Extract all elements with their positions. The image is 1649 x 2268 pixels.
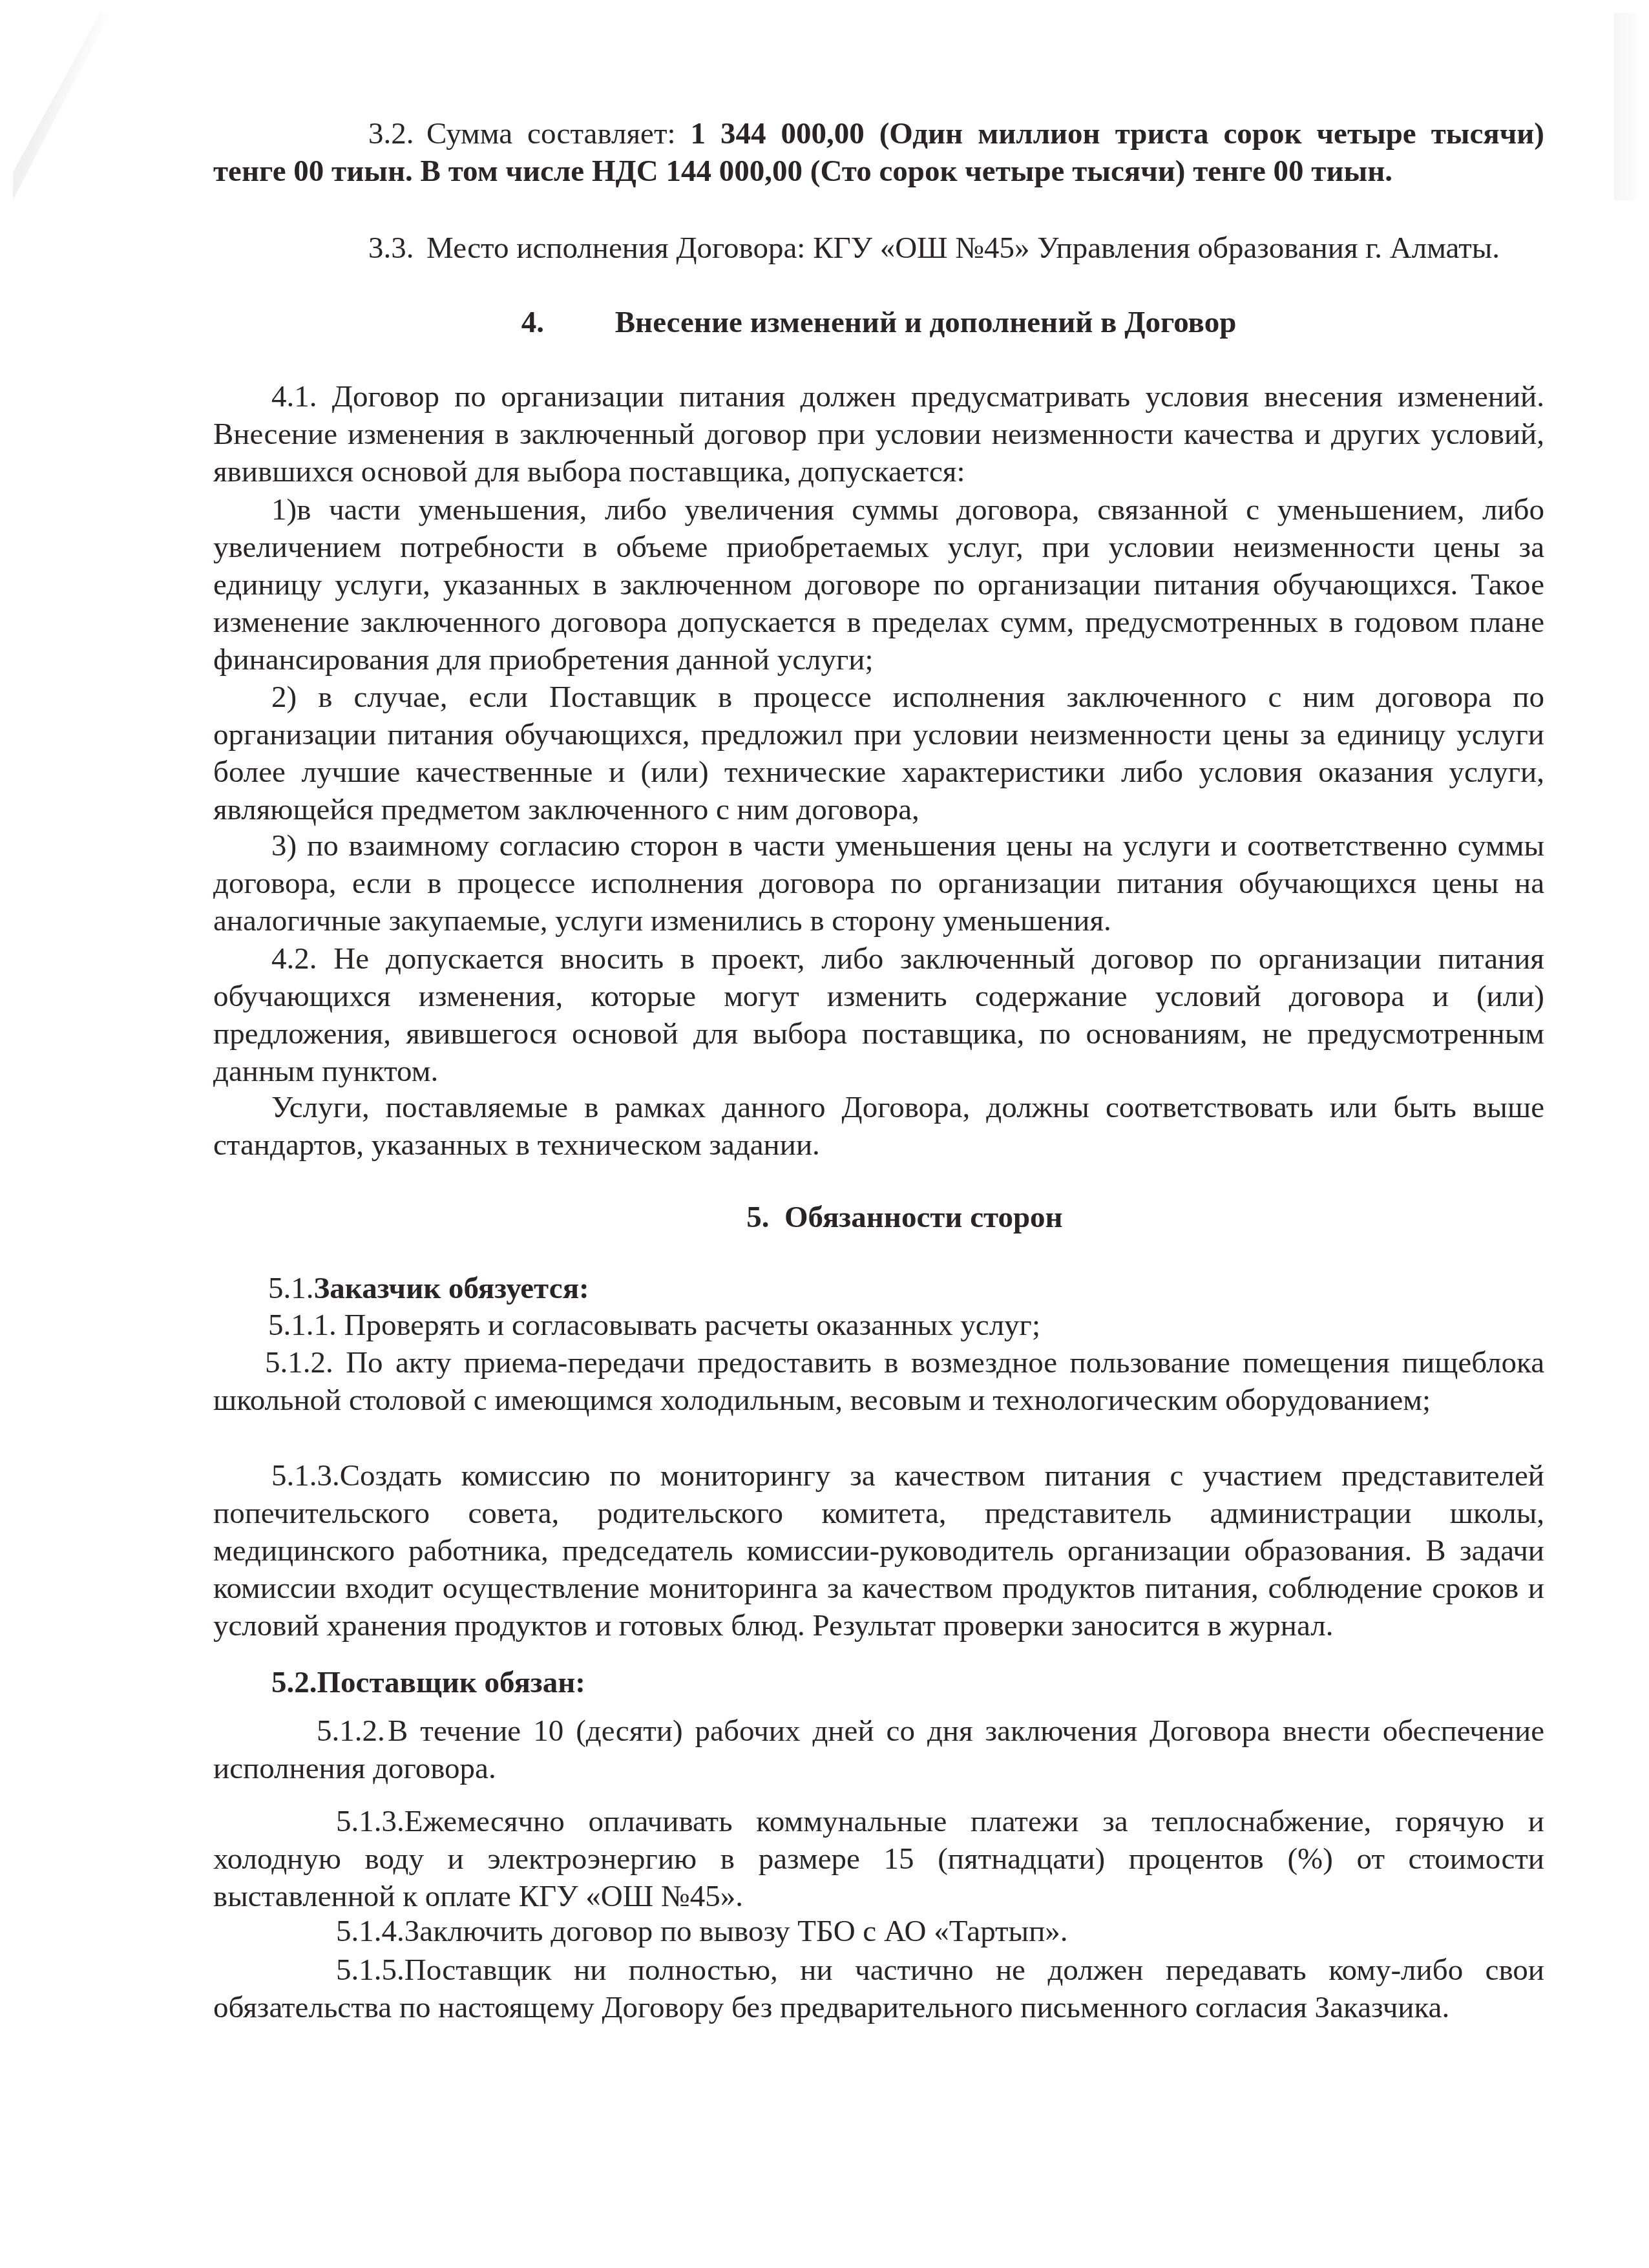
- clause-4-1-2: 2) в случае, если Поставщик в процессе и…: [213, 678, 1544, 828]
- services-standards: Услуги, поставляемые в рамках данного До…: [213, 1089, 1544, 1164]
- clause-number: 5.1.3.: [275, 1803, 404, 1840]
- section-4-heading: 4.Внесение изменений и дополнений в Дого…: [213, 304, 1544, 341]
- scan-fold-shadow-right: [1614, 13, 1636, 200]
- clause-text: Место исполнения Договора: КГУ «ОШ №45» …: [426, 231, 1500, 265]
- clause-number: 3.3.: [291, 229, 426, 267]
- clause-text: В течение 10 (десяти) рабочих дней со дн…: [213, 1714, 1544, 1785]
- clause-number: 5.1.5.: [275, 1951, 404, 1989]
- scan-fold-shadow-left: [13, 13, 110, 200]
- supplier-clause: 5.1.3.Ежемесячно оплачивать коммунальные…: [213, 1803, 1544, 1915]
- heading-number: 5.: [746, 1201, 769, 1234]
- clause-number: 5.1.: [268, 1272, 314, 1305]
- supplier-clause: 5.1.5.Поставщик ни полностью, ни частичн…: [213, 1951, 1544, 2026]
- clause-4-1: 4.1. Договор по организации питания долж…: [213, 378, 1544, 490]
- clause-number: 5.1.2.: [265, 1712, 388, 1750]
- supplier-clause: 5.1.2.В течение 10 (десяти) рабочих дней…: [213, 1712, 1544, 1787]
- customer-title: Заказчик обязуется:: [314, 1272, 589, 1305]
- clause-4-1-3: 3) по взаимному согласию сторон в части …: [213, 827, 1544, 940]
- clause-3-3: 3.3.Место исполнения Договора: КГУ «ОШ №…: [213, 229, 1544, 267]
- supplier-obligations-title: 5.2.Поставщик обязан:: [271, 1664, 1602, 1701]
- clause-5-1-1: 5.1.1. Проверять и согласовывать расчеты…: [213, 1307, 1544, 1344]
- clause-lead: Сумма составляет:: [426, 117, 691, 151]
- heading-number: 4.: [521, 304, 615, 341]
- heading-title: Обязанности сторон: [784, 1201, 1063, 1234]
- clause-number: 5.1.4.: [275, 1913, 404, 1950]
- customer-obligations-title: 5.1.Заказчик обязуется:: [268, 1270, 1599, 1307]
- clause-text: Ежемесячно оплачивать коммунальные плате…: [213, 1805, 1544, 1913]
- clause-4-2: 4.2. Не допускается вносить в проект, ли…: [213, 940, 1544, 1090]
- supplier-clause: 5.1.4.Заключить договор по вывозу ТБО с …: [213, 1913, 1544, 1950]
- heading-title: Внесение изменений и дополнений в Догово…: [615, 306, 1237, 339]
- section-5-heading: 5. Обязанности сторон: [239, 1199, 1570, 1236]
- clause-number: 3.2.: [291, 115, 426, 152]
- clause-5-1-2: 5.1.2. По акту приема-передачи предостав…: [213, 1344, 1544, 1419]
- clause-4-1-1: 1)в части уменьшения, либо увеличения су…: [213, 491, 1544, 678]
- clause-text: Поставщик ни полностью, ни частично не д…: [213, 1953, 1544, 2024]
- clause-text: Заключить договор по вывозу ТБО с АО «Та…: [404, 1915, 1068, 1948]
- clause-5-1-3: 5.1.3.Создать комиссию по мониторингу за…: [213, 1457, 1544, 1644]
- clause-3-2: 3.2.Сумма составляет: 1 344 000,00 (Один…: [213, 115, 1544, 190]
